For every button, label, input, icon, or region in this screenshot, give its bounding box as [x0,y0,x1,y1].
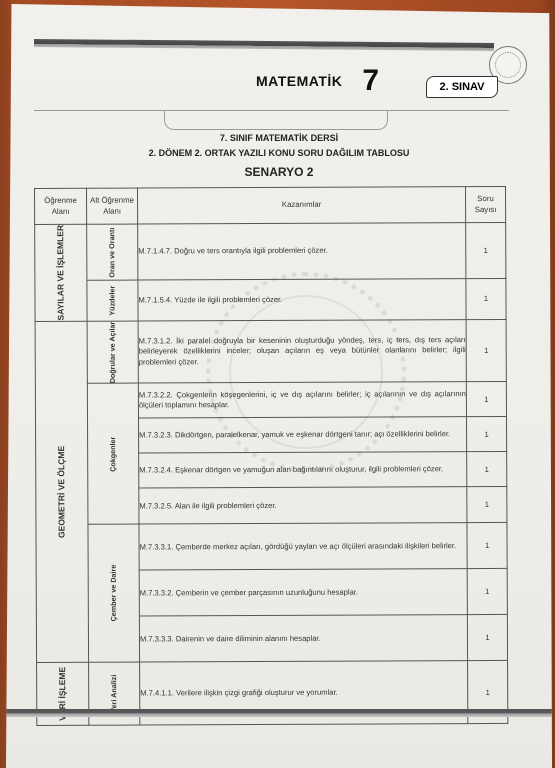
subject-title: MATEMATİK [256,73,342,89]
header-outcomes: Kazanımlar [138,187,466,224]
sub-area-cell: Doğrular ve Açılar [87,321,138,384]
header-decorative-bar [34,39,494,51]
header-title: MATEMATİK 7 [256,64,379,98]
question-count-cell: 1 [467,452,507,487]
outcome-cell: M.7.3.3.1. Çemberde merkez açıları, görd… [139,523,467,570]
outcome-cell: M.7.3.2.4. Eşkenar dörtgen ve yamuğun al… [139,452,467,488]
sub-area-cell: Çember ve Daire [88,524,140,662]
table-header-row: Öğrenme Alanı Alt Öğrenme Alanı Kazanıml… [35,186,506,224]
learning-area-label: SAYILAR VE İŞLEMLER [56,225,67,321]
question-count-cell: 1 [467,417,507,452]
table-row: SAYILAR VE İŞLEMLEROran ve OrantıM.7.1.4… [35,222,506,280]
learning-area-label: GEOMETRİ VE ÖLÇME [57,446,68,538]
exam-paper: MATEMATİK 7 2. SINAV 7. SINIF MATEMATİK … [6,4,552,768]
question-count-cell: 1 [466,278,506,319]
outcome-cell: M.7.3.3.2. Çemberin ve çember parçasının… [139,569,467,616]
outcome-cell: M.7.3.2.2. Çokgenlerin köşegenlerini, iç… [138,382,466,418]
learning-area-cell: SAYILAR VE İŞLEMLER [35,224,87,321]
sub-area-label: Oran ve Orantı [108,227,117,277]
distribution-table: Öğrenme Alanı Alt Öğrenme Alanı Kazanıml… [34,186,508,726]
outcome-cell: M.7.3.1.2. İki paralel doğruyla bir kese… [138,319,466,383]
table-row: GEOMETRİ VE ÖLÇMEDoğrular ve AçılarM.7.3… [35,319,506,384]
grade-number: 7 [362,64,379,98]
header-area: Öğrenme Alanı [35,188,87,224]
question-count-cell: 1 [466,319,506,382]
question-count-cell: 1 [466,222,506,278]
sub-area-label: Veri Analizi [110,675,119,713]
header-sub-area: Alt Öğrenme Alanı [87,188,138,224]
question-count-cell: 1 [467,569,507,615]
sub-area-label: Çember ve Daire [109,565,118,622]
exam-badge: 2. SINAV [426,76,498,98]
outcome-cell: M.7.1.5.4. Yüzde ile ilgili problemleri … [138,279,466,321]
outcome-cell: M.7.3.2.3. Dikdörtgen, paralelkenar, yam… [139,417,467,453]
sub-area-label: Doğrular ve Açılar [108,321,117,383]
learning-area-cell: GEOMETRİ VE ÖLÇME [35,321,88,663]
question-count-cell: 1 [467,487,507,523]
table-row: YüzdelerM.7.1.5.4. Yüzde ile ilgili prob… [35,278,506,321]
question-count-cell: 1 [467,615,507,661]
sub-area-cell: Yüzdeler [87,280,138,321]
outcome-cell: M.7.1.4.7. Doğru ve ters orantıyla ilgil… [138,223,466,280]
outcome-cell: M.7.3.3.3. Dairenin ve daire diliminin a… [139,615,467,662]
outcome-cell: M.7.3.2.5. Alan ile ilgili problemleri ç… [139,487,467,524]
table-row: ÇokgenlerM.7.3.2.2. Çokgenlerin köşegenl… [35,382,506,419]
sub-area-label: Çokgenler [109,436,118,471]
header-count: Soru Sayısı [465,186,505,222]
header-tab-shape [164,111,388,130]
course-title: 7. SINIF MATEMATİK DERSİ [6,133,552,143]
sub-area-label: Yüzdeler [108,285,117,315]
question-count-cell: 1 [467,523,507,569]
question-count-cell: 1 [466,382,506,417]
sub-area-cell: Çokgenler [87,383,139,524]
sub-area-cell: Oran ve Orantı [87,224,138,280]
scenario-title: SENARYO 2 [6,165,552,179]
table-row: Çember ve DaireM.7.3.3.1. Çemberde merke… [36,523,507,571]
table-title: 2. DÖNEM 2. ORTAK YAZILI KONU SORU DAĞIL… [6,148,552,158]
footer-decorative-bar [6,709,552,717]
